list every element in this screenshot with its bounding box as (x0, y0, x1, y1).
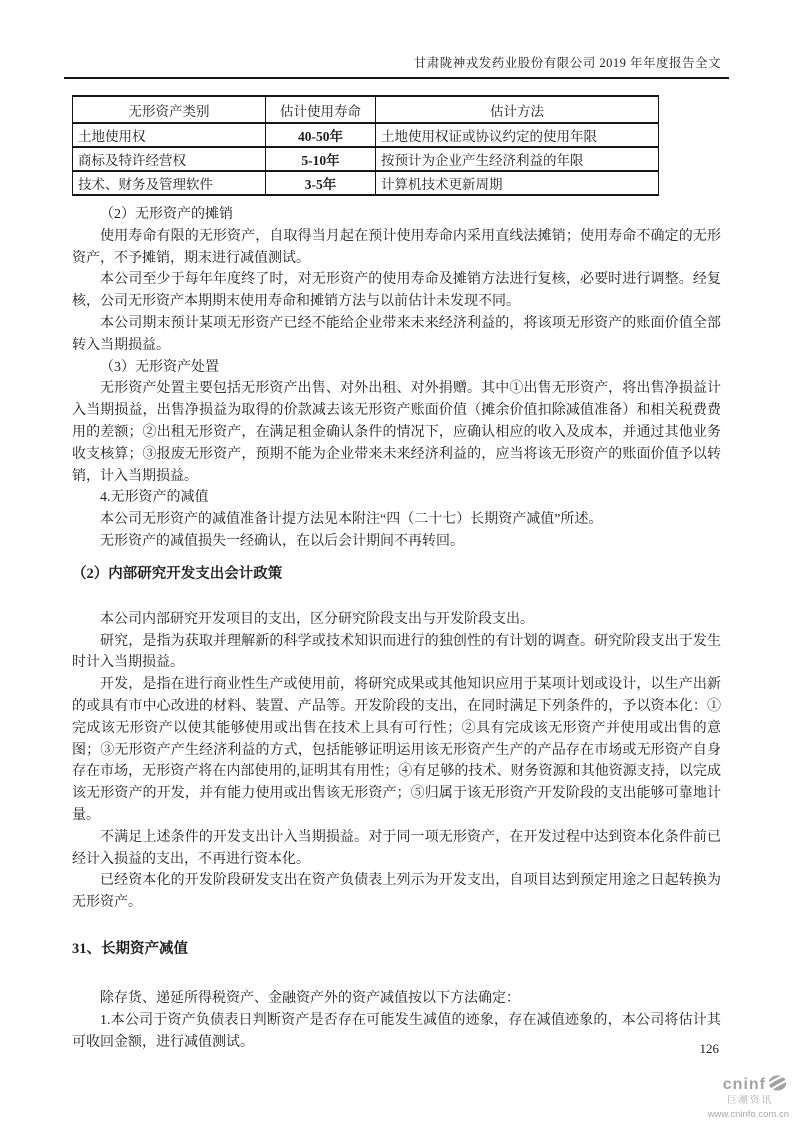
paragraph: 使用寿命有限的无形资产，自取得当月起在预计使用寿命内采用直线法摊销；使用寿命不确… (72, 226, 721, 270)
cninfo-logo-chinese-name: 巨潮资讯 (679, 1097, 789, 1107)
cell-method: 按预计为企业产生经济利益的年限 (376, 147, 659, 171)
paragraph: 1.本公司于资产负债表日判断资产是否存在可能发生减值的迹象，存在减值迹象的，本公… (72, 1010, 721, 1054)
cninfo-logo-wordmark: cninf (723, 1077, 766, 1093)
cninfo-swirl-icon (768, 1074, 787, 1095)
cninfo-logo: cninf 巨潮资讯 www.cninfo.com.cn (679, 1074, 789, 1119)
cell-useful-life: 40-50年 (266, 123, 376, 147)
useful-life-value: 5-10年 (301, 153, 339, 168)
intangible-assets-table: 无形资产类别 估计使用寿命 估计方法 土地使用权 40-50年 土地使用权证或协… (72, 95, 659, 196)
cell-method: 计算机技术更新周期 (376, 171, 659, 195)
report-page: 甘肃陇神戎发药业股份有限公司 2019 年年度报告全文 无形资产类别 估计使用寿… (0, 0, 793, 1053)
useful-life-value: 3-5年 (305, 177, 337, 192)
cninfo-logo-url: www.cninfo.com.cn (679, 1110, 789, 1120)
paragraph: 无形资产的减值损失一经确认，在以后会计期间不再转回。 (72, 531, 721, 553)
paragraph: 4.无形资产的减值 (72, 487, 721, 509)
page-header: 甘肃陇神戎发药业股份有限公司 2019 年年度报告全文 (72, 0, 721, 79)
cell-category: 商标及特许经营权 (73, 147, 266, 171)
paragraph: 已经资本化的开发阶段研发支出在资产负债表上列示为开发支出，自项目达到预定用途之日… (72, 870, 721, 914)
page-number: 126 (700, 1041, 720, 1057)
paragraph: （2）无形资产的摊销 (72, 204, 721, 226)
paragraph: 本公司期末预计某项无形资产已经不能给企业带来未来经济利益的，将该项无形资产的账面… (72, 313, 721, 357)
paragraph: 本公司无形资产的减值准备计提方法见本附注“四（二十七）长期资产减值”所述。 (72, 509, 721, 531)
paragraph: 开发，是指在进行商业性生产或使用前，将研究成果或其他知识应用于某项计划或设计，以… (72, 674, 721, 827)
column-header-useful-life: 估计使用寿命 (266, 96, 376, 123)
table-row: 土地使用权 40-50年 土地使用权证或协议约定的使用年限 (73, 123, 659, 147)
header-divider (64, 77, 729, 79)
section-heading-rd-expenditure: （2）内部研究开发支出会计政策 (72, 564, 721, 584)
cell-useful-life: 3-5年 (266, 171, 376, 195)
paragraph: 无形资产处置主要包括无形资产出售、对外出租、对外捐赠。其中①出售无形资产，将出售… (72, 378, 721, 487)
section-heading-long-term-asset-impairment: 31、长期资产减值 (72, 939, 721, 959)
cell-useful-life: 5-10年 (266, 147, 376, 171)
paragraph: 除存货、递延所得税资产、金融资产外的资产减值按以下方法确定： (72, 988, 721, 1010)
column-header-category: 无形资产类别 (73, 96, 266, 123)
cell-category: 技术、财务及管理软件 (73, 171, 266, 195)
paragraph: 本公司内部研究开发项目的支出，区分研究阶段支出与开发阶段支出。 (72, 609, 721, 631)
report-title: 甘肃陇神戎发药业股份有限公司 2019 年年度报告全文 (72, 56, 721, 71)
paragraph: 不满足上述条件的开发支出计入当期损益。对于同一项无形资产，在开发过程中达到资本化… (72, 827, 721, 871)
useful-life-value: 40-50年 (298, 129, 343, 144)
paragraph: （3）无形资产处置 (72, 357, 721, 379)
table-row: 商标及特许经营权 5-10年 按预计为企业产生经济利益的年限 (73, 147, 659, 171)
cninfo-logo-row: cninf (679, 1074, 789, 1095)
document-body: （2）无形资产的摊销 使用寿命有限的无形资产，自取得当月起在预计使用寿命内采用直… (72, 204, 721, 1053)
table-header-row: 无形资产类别 估计使用寿命 估计方法 (73, 96, 659, 123)
cell-category: 土地使用权 (73, 123, 266, 147)
cell-method: 土地使用权证或协议约定的使用年限 (376, 123, 659, 147)
paragraph: 研究，是指为获取并理解新的科学或技术知识而进行的独创性的有计划的调查。研究阶段支… (72, 631, 721, 675)
column-header-estimation-method: 估计方法 (376, 96, 659, 123)
paragraph: 本公司至少于每年年度终了时，对无形资产的使用寿命及摊销方法进行复核，必要时进行调… (72, 269, 721, 313)
table-row: 技术、财务及管理软件 3-5年 计算机技术更新周期 (73, 171, 659, 195)
